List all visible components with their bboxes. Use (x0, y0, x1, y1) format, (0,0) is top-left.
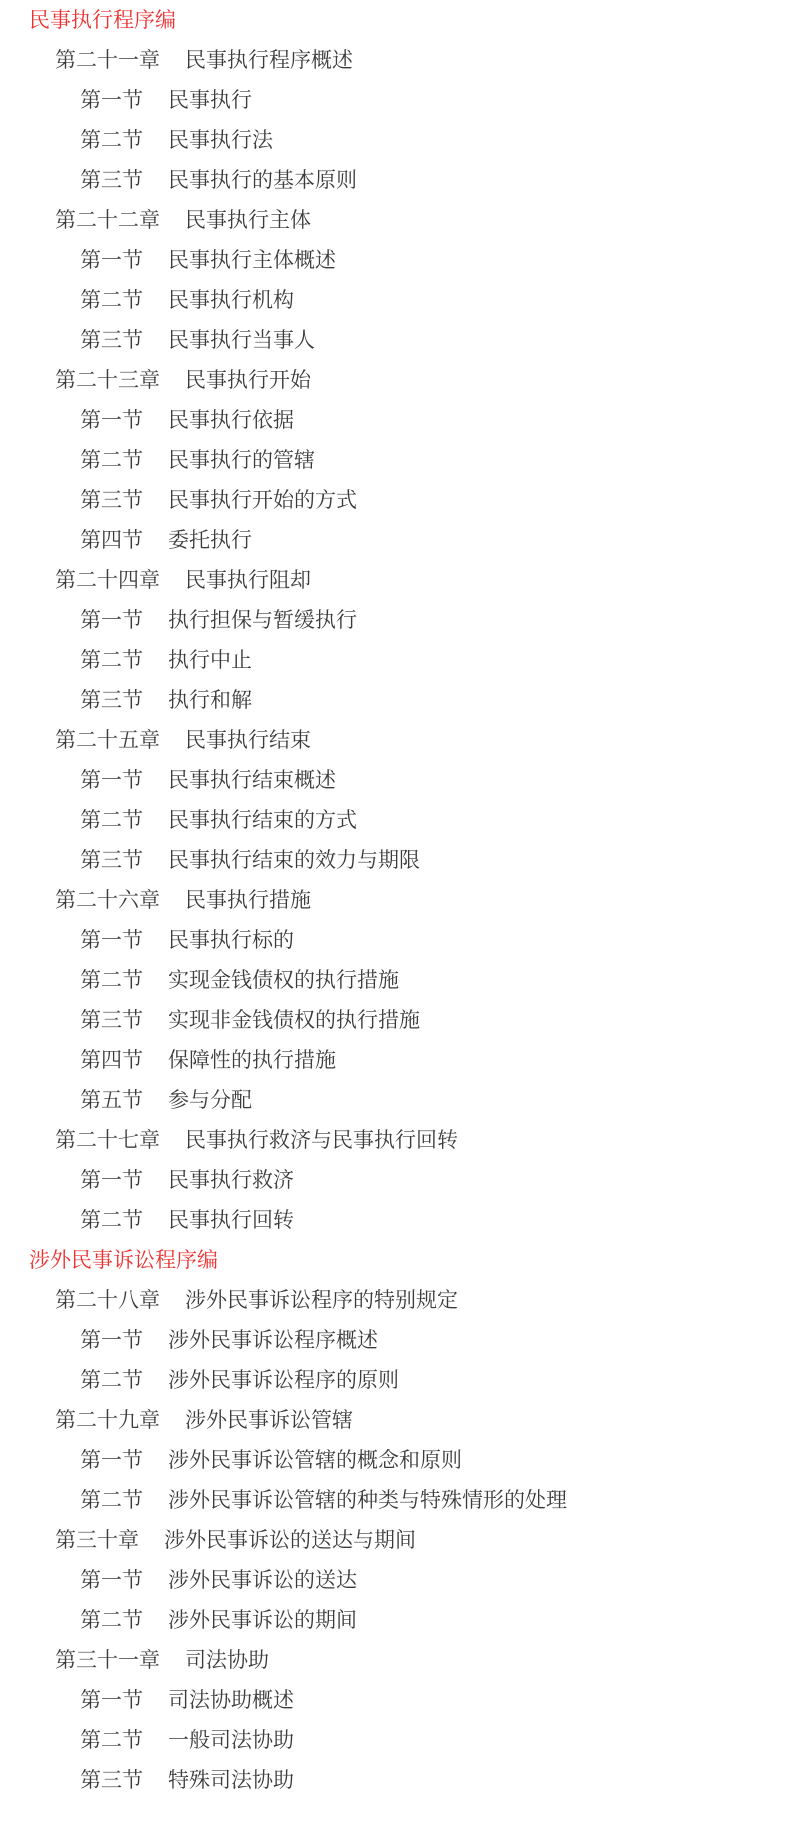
section-number-label: 第一节 (80, 1561, 143, 1601)
section-title: 涉外民事诉讼的送达 (168, 1561, 357, 1601)
section-number-label: 第四节 (80, 1041, 143, 1081)
section-number-label: 第二节 (80, 121, 143, 161)
section-number-label: 第三节 (80, 681, 143, 721)
chapter-number-label: 第二十三章 (55, 361, 160, 401)
chapter-row: 第二十九章涉外民事诉讼管辖 (0, 1401, 789, 1441)
section-title: 民事执行机构 (168, 281, 294, 321)
table-of-contents: 民事执行程序编第二十一章民事执行程序概述第一节民事执行第二节民事执行法第三节民事… (0, 0, 789, 1801)
section-row: 第二节民事执行结束的方式 (0, 801, 789, 841)
section-number-label: 第五节 (80, 1081, 143, 1121)
section-title: 执行中止 (168, 641, 252, 681)
section-title: 民事执行标的 (168, 921, 294, 961)
section-number-label: 第一节 (80, 761, 143, 801)
section-title: 民事执行 (168, 81, 252, 121)
section-title: 涉外民事诉讼的期间 (168, 1601, 357, 1641)
section-number-label: 第二节 (80, 1481, 143, 1521)
chapter-title: 司法协助 (185, 1641, 269, 1681)
section-row: 第三节民事执行的基本原则 (0, 161, 789, 201)
chapter-row: 第二十七章民事执行救济与民事执行回转 (0, 1121, 789, 1161)
section-number-label: 第一节 (80, 1681, 143, 1721)
section-number-label: 第一节 (80, 921, 143, 961)
chapter-number-label: 第三十一章 (55, 1641, 160, 1681)
chapter-row: 第三十一章司法协助 (0, 1641, 789, 1681)
section-row: 第二节实现金钱债权的执行措施 (0, 961, 789, 1001)
section-row: 第四节委托执行 (0, 521, 789, 561)
section-title: 执行和解 (168, 681, 252, 721)
section-row: 第一节涉外民事诉讼的送达 (0, 1561, 789, 1601)
section-title: 民事执行结束的效力与期限 (168, 841, 420, 881)
chapter-title: 民事执行阻却 (185, 561, 311, 601)
section-row: 第三节特殊司法协助 (0, 1761, 789, 1801)
section-number-label: 第二节 (80, 961, 143, 1001)
part-heading: 涉外民事诉讼程序编 (0, 1241, 789, 1281)
section-row: 第二节涉外民事诉讼管辖的种类与特殊情形的处理 (0, 1481, 789, 1521)
section-title: 民事执行的基本原则 (168, 161, 357, 201)
section-number-label: 第一节 (80, 1441, 143, 1481)
chapter-number-label: 第二十八章 (55, 1281, 160, 1321)
section-number-label: 第三节 (80, 1001, 143, 1041)
part-heading: 民事执行程序编 (0, 1, 789, 41)
section-row: 第一节民事执行救济 (0, 1161, 789, 1201)
section-row: 第一节民事执行主体概述 (0, 241, 789, 281)
chapter-row: 第二十三章民事执行开始 (0, 361, 789, 401)
chapter-title: 民事执行结束 (185, 721, 311, 761)
section-row: 第二节民事执行回转 (0, 1201, 789, 1241)
section-row: 第二节一般司法协助 (0, 1721, 789, 1761)
chapter-title: 民事执行开始 (185, 361, 311, 401)
section-number-label: 第四节 (80, 521, 143, 561)
section-number-label: 第一节 (80, 401, 143, 441)
section-title: 实现非金钱债权的执行措施 (168, 1001, 420, 1041)
section-number-label: 第一节 (80, 1161, 143, 1201)
chapter-row: 第二十六章民事执行措施 (0, 881, 789, 921)
section-title: 涉外民事诉讼管辖的概念和原则 (168, 1441, 462, 1481)
section-row: 第三节民事执行开始的方式 (0, 481, 789, 521)
section-title: 涉外民事诉讼管辖的种类与特殊情形的处理 (168, 1481, 567, 1521)
section-title: 司法协助概述 (168, 1681, 294, 1721)
section-title: 民事执行法 (168, 121, 273, 161)
section-row: 第三节实现非金钱债权的执行措施 (0, 1001, 789, 1041)
section-title: 委托执行 (168, 521, 252, 561)
chapter-row: 第二十八章涉外民事诉讼程序的特别规定 (0, 1281, 789, 1321)
section-title: 实现金钱债权的执行措施 (168, 961, 399, 1001)
section-row: 第一节涉外民事诉讼管辖的概念和原则 (0, 1441, 789, 1481)
chapter-title: 涉外民事诉讼程序的特别规定 (185, 1281, 458, 1321)
section-number-label: 第一节 (80, 241, 143, 281)
section-row: 第一节民事执行依据 (0, 401, 789, 441)
chapter-title: 民事执行措施 (185, 881, 311, 921)
section-number-label: 第二节 (80, 281, 143, 321)
section-row: 第二节民事执行机构 (0, 281, 789, 321)
chapter-row: 第二十一章民事执行程序概述 (0, 41, 789, 81)
section-number-label: 第二节 (80, 441, 143, 481)
section-title: 涉外民事诉讼程序概述 (168, 1321, 378, 1361)
chapter-title: 民事执行救济与民事执行回转 (185, 1121, 458, 1161)
section-title: 民事执行开始的方式 (168, 481, 357, 521)
section-row: 第三节民事执行当事人 (0, 321, 789, 361)
section-number-label: 第一节 (80, 601, 143, 641)
section-number-label: 第二节 (80, 1721, 143, 1761)
section-row: 第二节民事执行法 (0, 121, 789, 161)
chapter-number-label: 第二十九章 (55, 1401, 160, 1441)
section-title: 民事执行回转 (168, 1201, 294, 1241)
section-number-label: 第二节 (80, 641, 143, 681)
chapter-row: 第二十四章民事执行阻却 (0, 561, 789, 601)
chapter-row: 第三十章涉外民事诉讼的送达与期间 (0, 1521, 789, 1561)
section-number-label: 第三节 (80, 841, 143, 881)
chapter-number-label: 第二十七章 (55, 1121, 160, 1161)
chapter-number-label: 第三十章 (55, 1521, 139, 1561)
section-row: 第一节执行担保与暂缓执行 (0, 601, 789, 641)
section-number-label: 第一节 (80, 81, 143, 121)
section-title: 民事执行救济 (168, 1161, 294, 1201)
chapter-row: 第二十五章民事执行结束 (0, 721, 789, 761)
section-row: 第一节涉外民事诉讼程序概述 (0, 1321, 789, 1361)
chapter-number-label: 第二十一章 (55, 41, 160, 81)
chapter-number-label: 第二十二章 (55, 201, 160, 241)
section-title: 参与分配 (168, 1081, 252, 1121)
section-title: 民事执行主体概述 (168, 241, 336, 281)
section-title: 民事执行的管辖 (168, 441, 315, 481)
section-number-label: 第三节 (80, 481, 143, 521)
section-number-label: 第二节 (80, 801, 143, 841)
section-title: 一般司法协助 (168, 1721, 294, 1761)
section-row: 第一节民事执行标的 (0, 921, 789, 961)
section-row: 第一节民事执行 (0, 81, 789, 121)
section-number-label: 第二节 (80, 1201, 143, 1241)
chapter-title: 民事执行程序概述 (185, 41, 353, 81)
section-row: 第二节涉外民事诉讼程序的原则 (0, 1361, 789, 1401)
chapter-title: 涉外民事诉讼的送达与期间 (164, 1521, 416, 1561)
section-number-label: 第二节 (80, 1361, 143, 1401)
section-title: 执行担保与暂缓执行 (168, 601, 357, 641)
section-number-label: 第三节 (80, 161, 143, 201)
section-number-label: 第三节 (80, 321, 143, 361)
section-number-label: 第一节 (80, 1321, 143, 1361)
section-row: 第二节执行中止 (0, 641, 789, 681)
chapter-row: 第二十二章民事执行主体 (0, 201, 789, 241)
section-title: 特殊司法协助 (168, 1761, 294, 1801)
chapter-number-label: 第二十五章 (55, 721, 160, 761)
section-row: 第三节民事执行结束的效力与期限 (0, 841, 789, 881)
section-row: 第一节民事执行结束概述 (0, 761, 789, 801)
section-title: 民事执行依据 (168, 401, 294, 441)
section-title: 民事执行结束概述 (168, 761, 336, 801)
section-number-label: 第三节 (80, 1761, 143, 1801)
chapter-title: 涉外民事诉讼管辖 (185, 1401, 353, 1441)
chapter-title: 民事执行主体 (185, 201, 311, 241)
section-row: 第二节民事执行的管辖 (0, 441, 789, 481)
section-row: 第四节保障性的执行措施 (0, 1041, 789, 1081)
section-row: 第一节司法协助概述 (0, 1681, 789, 1721)
section-title: 民事执行结束的方式 (168, 801, 357, 841)
section-title: 保障性的执行措施 (168, 1041, 336, 1081)
chapter-number-label: 第二十四章 (55, 561, 160, 601)
section-title: 涉外民事诉讼程序的原则 (168, 1361, 399, 1401)
section-row: 第二节涉外民事诉讼的期间 (0, 1601, 789, 1641)
section-number-label: 第二节 (80, 1601, 143, 1641)
section-row: 第五节参与分配 (0, 1081, 789, 1121)
chapter-number-label: 第二十六章 (55, 881, 160, 921)
section-title: 民事执行当事人 (168, 321, 315, 361)
section-row: 第三节执行和解 (0, 681, 789, 721)
